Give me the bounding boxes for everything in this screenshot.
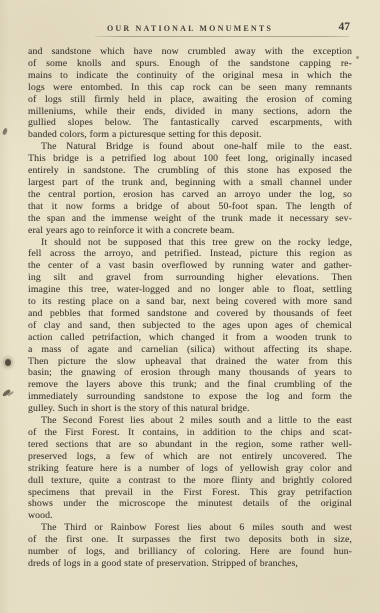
paragraph: The Natural Bridge is found about one-ha… [28, 141, 352, 236]
ink-speck [5, 359, 11, 366]
text-line: remove the layers above this trunk; and … [28, 379, 352, 391]
header-rule [95, 36, 349, 37]
paragraph: The Second Forest lies about 2 miles sou… [28, 415, 352, 522]
text-line: preserved logs, a few of which are not e… [28, 451, 352, 463]
page-number: 47 [339, 21, 351, 33]
text-line: and pebbles that formed sandstone and co… [28, 308, 352, 320]
text-line: gullied slopes below. The fantastically … [28, 117, 352, 129]
text-line: striking feature here is a number of log… [28, 463, 352, 475]
text-line: banded colors, form a picturesque settin… [28, 129, 352, 141]
text-line: specimens that prevail in the First Fore… [28, 487, 352, 499]
text-line: It should not be supposed that this tree… [28, 237, 352, 249]
text-line: Then picture the slow upheaval that drai… [28, 356, 352, 368]
text-line: to its resting place on a sand bar, next… [28, 296, 352, 308]
text-line: ing silt and gravel from surrounding hig… [28, 272, 352, 284]
text-line: entirely in sandstone. The crumbling of … [28, 165, 352, 177]
text-line: of the first one. It surpasses the first… [28, 534, 352, 546]
text-line: of the First Forest. It contains, in add… [28, 427, 352, 439]
text-line: eral years ago to reinforce it with a co… [28, 225, 352, 237]
text-line: The Third or Rainbow Forest lies about 6… [28, 522, 352, 534]
text-line: fell across the arroyo, and petrified. I… [28, 248, 352, 260]
ink-speck [356, 56, 359, 59]
text-line: action called petrifaction, which change… [28, 332, 352, 344]
text-line: gulley. Such in short is the story of th… [28, 403, 352, 415]
text-line: the center of a vast basin overflowed by… [28, 260, 352, 272]
text-line: logs were entombed. In this cap rock can… [28, 82, 352, 94]
ink-speck [2, 389, 12, 397]
page-body: and sandstone which have now crumbled aw… [28, 46, 352, 570]
text-line: wood. [28, 510, 352, 522]
text-line: and sandstone which have now crumbled aw… [28, 46, 352, 58]
book-page: OUR NATIONAL MONUMENTS 47 and sandstone … [0, 0, 380, 613]
text-line: of clay and sand, then subjected to the … [28, 320, 352, 332]
text-line: mains to indicate the continuity of the … [28, 70, 352, 82]
text-line: The Natural Bridge is found about one-ha… [28, 141, 352, 153]
text-line: imagine this tree, water-logged and no l… [28, 284, 352, 296]
ink-speck [2, 127, 9, 135]
text-line: of some knolls and spurs. Enough of the … [28, 58, 352, 70]
text-line: dreds of logs in a good state of preserv… [28, 558, 352, 570]
text-line: dull texture, quite a contrast to the mo… [28, 475, 352, 487]
text-line: immediately surrounding sandstone to exp… [28, 391, 352, 403]
text-line: that it now forms a bridge of about 50-f… [28, 201, 352, 213]
text-line: shows under the microscope the minutest … [28, 498, 352, 510]
text-line: the span and the immense weight of the t… [28, 213, 352, 225]
text-line: a mass of agate and carnelian (silica) w… [28, 344, 352, 356]
running-title: OUR NATIONAL MONUMENTS [107, 24, 273, 33]
text-line: number of logs, and brilliancy of colori… [28, 546, 352, 558]
text-line: basin; the gnawing of erosion through ma… [28, 367, 352, 379]
text-line: of logs still firmly held in place, awai… [28, 94, 352, 106]
paragraph: and sandstone which have now crumbled aw… [28, 46, 352, 141]
text-line: The Second Forest lies about 2 miles sou… [28, 415, 352, 427]
text-line: largest part of the trunk and, beginning… [28, 177, 352, 189]
page-header: OUR NATIONAL MONUMENTS 47 [28, 21, 352, 35]
text-line: tered sections that are so abundant in t… [28, 439, 352, 451]
text-line: This bridge is a petrified log about 100… [28, 153, 352, 165]
paragraph: It should not be supposed that this tree… [28, 237, 352, 416]
paragraph: The Third or Rainbow Forest lies about 6… [28, 522, 352, 570]
text-line: milleniums, while their ends, divided in… [28, 106, 352, 118]
text-line: the central portion, erosion has carved … [28, 189, 352, 201]
